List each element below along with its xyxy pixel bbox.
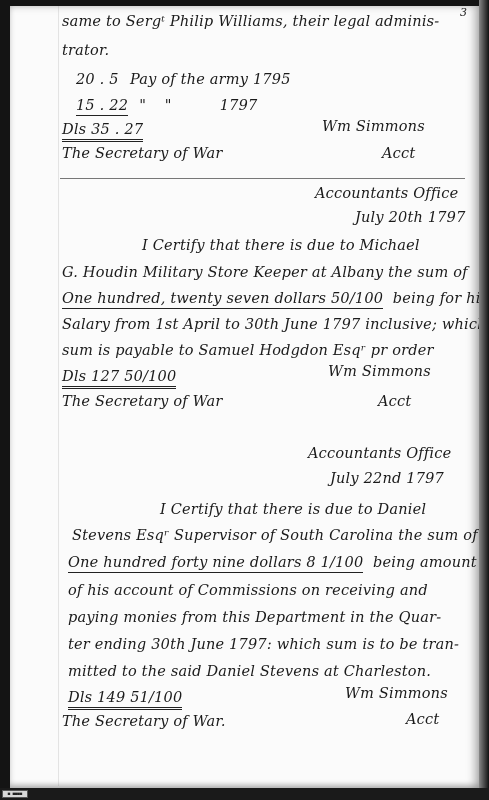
entry2-body-line-5: sum is payable to Samuel Hodgdon Esqʳ pr… xyxy=(62,343,434,359)
entry-divider xyxy=(60,178,465,179)
entry2-date: July 20th 1797 xyxy=(355,210,466,226)
entry3-date: July 22nd 1797 xyxy=(330,471,444,487)
entry1-signature: Wm Simmons xyxy=(322,119,425,135)
scan-border xyxy=(0,788,489,800)
entry3-body-line-5: paying monies from this Department in th… xyxy=(68,610,441,626)
entry3-body-line-4: of his account of Commissions on receivi… xyxy=(68,583,428,599)
margin-rule xyxy=(58,6,59,786)
entry2-body-line-3: One hundred, twenty seven dollars 50/100… xyxy=(62,291,488,307)
folio-number: 3 xyxy=(460,6,467,19)
ledger-row-1-amount: 20 . 5 xyxy=(76,72,119,88)
manuscript-page: 3 same to Sergᵗ Philip Williams, their l… xyxy=(10,6,480,788)
entry2-office: Accountants Office xyxy=(315,186,458,202)
entry3-body-line-2: Stevens Esqʳ Supervisor of South Carolin… xyxy=(72,528,478,544)
ledger-row-2-desc: " " 1797 xyxy=(130,98,257,114)
entry2-signature-title: Acct xyxy=(378,394,411,410)
ledger-row-2-amount: 15 . 22 xyxy=(76,98,128,116)
entry3-signature: Wm Simmons xyxy=(345,686,448,702)
entry1-line-1: same to Sergᵗ Philip Williams, their leg… xyxy=(62,14,439,30)
entry1-signature-title: Acct xyxy=(382,146,415,162)
entry2-body-line-1: I Certify that there is due to Michael xyxy=(142,238,420,254)
entry3-body-line-3: One hundred forty nine dollars 8 1/100 b… xyxy=(68,555,477,571)
entry2-addressee: The Secretary of War xyxy=(62,394,222,410)
entry1-total: Dls 35 . 27 xyxy=(62,122,143,142)
entry2-body-line-4: Salary from 1st April to 30th June 1797 … xyxy=(62,317,487,333)
ledger-row-1-desc: Pay of the army 1795 xyxy=(130,72,291,88)
entry3-amount-figures: Dls 149 51/100 xyxy=(68,690,182,710)
entry3-body-line-6: ter ending 30th June 1797: which sum is … xyxy=(68,637,459,653)
entry1-addressee: The Secretary of War xyxy=(62,146,222,162)
entry2-signature: Wm Simmons xyxy=(328,364,431,380)
frame-label: ■ ■■■■ xyxy=(2,790,28,798)
entry3-amount-words: One hundred forty nine dollars 8 1/100 xyxy=(68,555,363,573)
entry1-line-2: trator. xyxy=(62,43,109,59)
entry2-body-line-2: G. Houdin Military Store Keeper at Alban… xyxy=(62,265,468,281)
entry3-addressee: The Secretary of War. xyxy=(62,714,226,730)
entry2-amount-words: One hundred, twenty seven dollars 50/100 xyxy=(62,291,383,309)
entry3-body-line-7: mitted to the said Daniel Stevens at Cha… xyxy=(68,664,431,680)
entry3-office: Accountants Office xyxy=(308,446,451,462)
entry3-signature-title: Acct xyxy=(406,712,439,728)
entry3-body-line-1: I Certify that there is due to Daniel xyxy=(160,502,426,518)
page-edge-shadow xyxy=(479,0,489,800)
entry2-amount-figures: Dls 127 50/100 xyxy=(62,369,176,389)
